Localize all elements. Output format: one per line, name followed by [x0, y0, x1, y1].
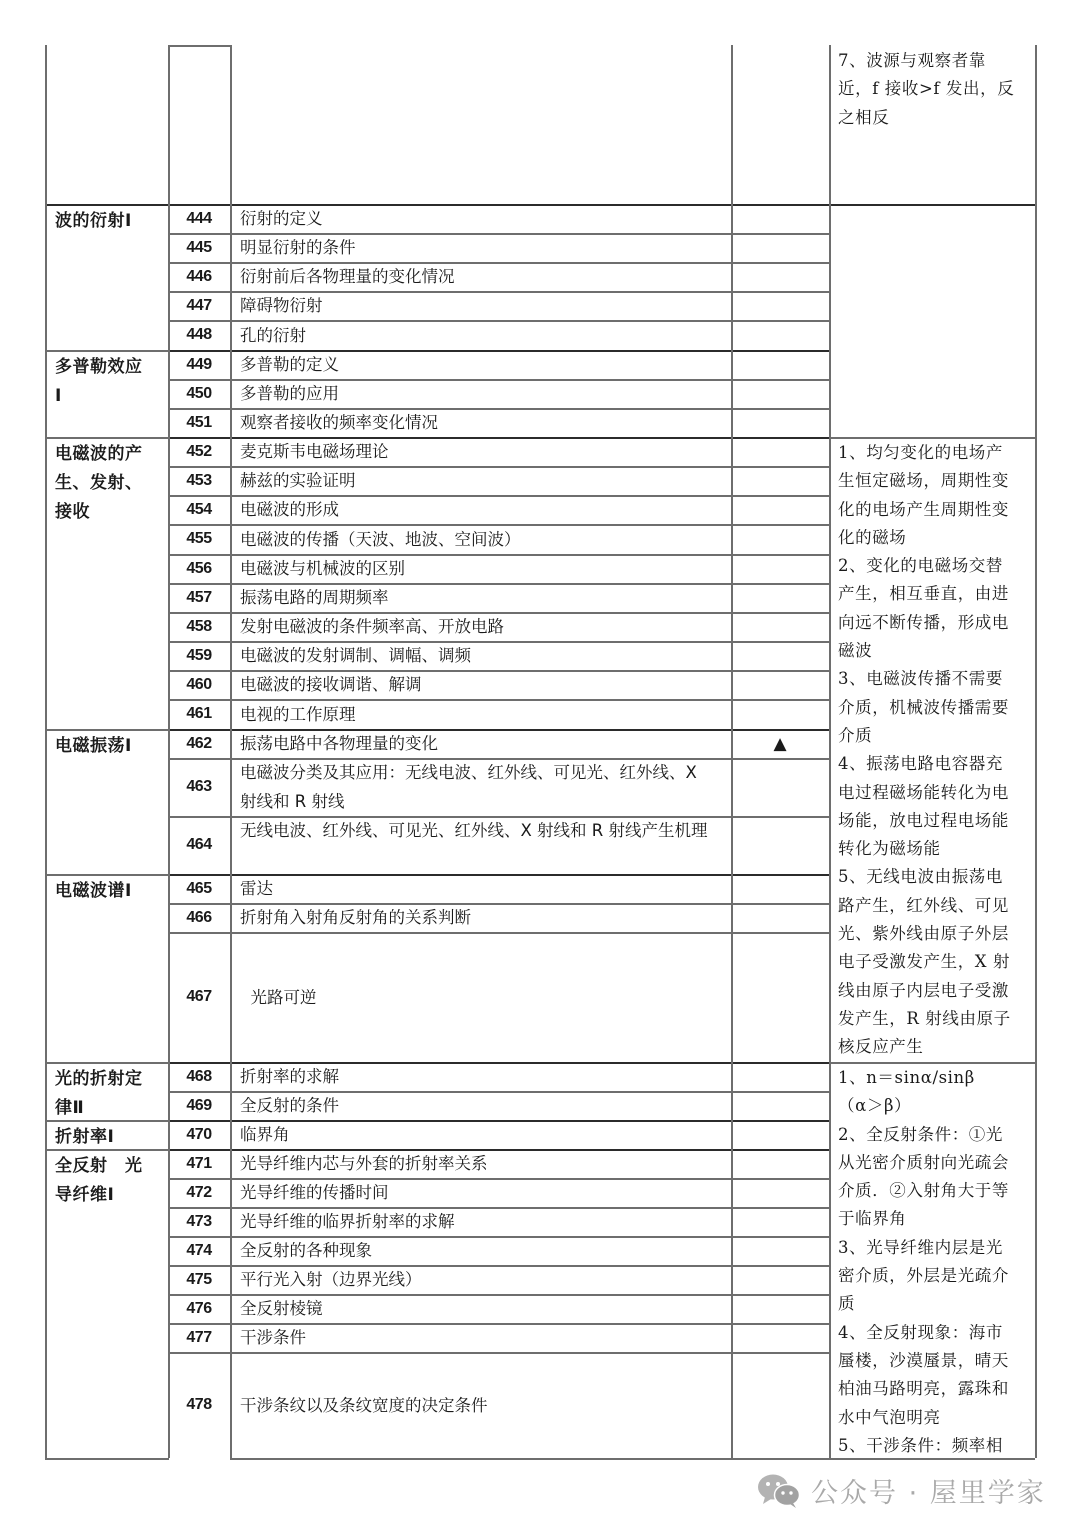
item-content: 光导纤维的临界折射率的求解	[230, 1207, 731, 1236]
grid-line	[168, 699, 829, 701]
requirement-mark	[731, 554, 829, 583]
item-content: 电磁波的发射调制、调幅、调频	[230, 641, 731, 670]
grid-line	[168, 729, 829, 731]
top-num-cell	[168, 45, 230, 204]
top-topic-cell	[45, 45, 168, 204]
item-content: 障碍物衍射	[230, 291, 731, 320]
top-note-doppler: 7、波源与观察者靠 近，f 接收>f 发出，反 之相反	[829, 45, 1035, 204]
item-number: 473	[168, 1207, 230, 1236]
knowledge-table-page: 7、波源与观察者靠 近，f 接收>f 发出，反 之相反 444衍射的定义445明…	[0, 0, 1080, 1526]
grid-line	[230, 45, 232, 1458]
grid-line	[168, 1091, 829, 1093]
grid-line	[829, 1062, 1035, 1064]
item-content: 明显衍射的条件	[230, 233, 731, 262]
item-content: 全反射棱镜	[230, 1294, 731, 1323]
side-note: 1、均匀变化的电场产 生恒定磁场，周期性变 化的电场产生周期性变 化的磁场 2、…	[829, 437, 1035, 1062]
grid-line	[168, 758, 829, 760]
item-content: 发射电磁波的条件频率高、开放电路	[230, 612, 731, 641]
requirement-mark	[731, 641, 829, 670]
item-number: 463	[168, 758, 230, 816]
item-content: 全反射的各种现象	[230, 1236, 731, 1265]
requirement-mark	[731, 1120, 829, 1149]
item-number: 457	[168, 583, 230, 612]
grid-line	[168, 1178, 829, 1180]
item-number: 458	[168, 612, 230, 641]
grid-line	[45, 1458, 169, 1460]
grid-line	[168, 1236, 829, 1238]
item-number: 465	[168, 874, 230, 903]
requirement-mark	[731, 1323, 829, 1352]
grid-line	[168, 1294, 829, 1296]
grid-line	[168, 932, 829, 934]
item-number: 448	[168, 320, 230, 350]
item-number: 451	[168, 408, 230, 437]
requirement-mark	[731, 524, 829, 554]
item-content: 电磁波与机械波的区别	[230, 554, 731, 583]
item-content: 振荡电路的周期频率	[230, 583, 731, 612]
grid-line	[45, 45, 47, 1458]
requirement-mark	[731, 291, 829, 320]
grid-line	[168, 466, 829, 468]
grid-line	[829, 437, 1035, 439]
item-number: 444	[168, 204, 230, 233]
grid-line	[168, 1149, 829, 1151]
item-content: 光导纤维的传播时间	[230, 1178, 731, 1207]
item-content: 平行光入射（边界光线）	[230, 1265, 731, 1294]
item-content: 电磁波的传播（天波、地波、空间波）	[230, 524, 731, 554]
item-content: 电磁波的形成	[230, 495, 731, 524]
watermark: 公众号 · 屋里学家	[757, 1470, 1046, 1510]
requirement-mark	[731, 583, 829, 612]
side-note	[829, 204, 1035, 437]
grid-line	[168, 262, 829, 264]
grid-line	[230, 1458, 1035, 1460]
item-number: 477	[168, 1323, 230, 1352]
grid-line	[168, 379, 829, 381]
requirement-mark	[731, 1265, 829, 1294]
grid-line	[168, 1352, 829, 1354]
topic-label: 全反射 光 导纤维Ⅰ	[45, 1149, 168, 1458]
topic-label: 折射率Ⅰ	[45, 1120, 168, 1149]
item-content: 光导纤维内芯与外套的折射率关系	[230, 1149, 731, 1178]
requirement-mark	[731, 262, 829, 291]
item-number: 462	[168, 729, 230, 758]
item-content: 雷达	[230, 874, 731, 903]
item-number: 449	[168, 350, 230, 379]
item-number: 454	[168, 495, 230, 524]
item-number: 445	[168, 233, 230, 262]
grid-line	[45, 437, 168, 439]
item-content: 衍射的定义	[230, 204, 731, 233]
requirement-mark	[731, 932, 829, 1062]
grid-line	[45, 729, 168, 731]
item-content: 全反射的条件	[230, 1091, 731, 1120]
requirement-mark	[731, 320, 829, 350]
item-content: 无线电波、红外线、可见光、红外线、X 射线和 R 射线产生机理	[230, 816, 731, 874]
grid-line	[168, 641, 829, 643]
grid-line	[731, 45, 733, 1458]
item-content: 衍射前后各物理量的变化情况	[230, 262, 731, 291]
topic-label: 光的折射定 律Ⅱ	[45, 1062, 168, 1120]
grid-line	[45, 204, 1035, 206]
requirement-mark	[731, 204, 829, 233]
grid-line	[168, 1207, 829, 1209]
grid-line	[168, 320, 829, 322]
grid-line	[168, 1265, 829, 1267]
item-number: 456	[168, 554, 230, 583]
item-content: 折射角入射角反射角的关系判断	[230, 903, 731, 932]
item-number: 452	[168, 437, 230, 466]
grid-line	[168, 1323, 829, 1325]
requirement-mark: ▲	[731, 729, 829, 758]
item-number: 450	[168, 379, 230, 408]
grid-line	[168, 437, 829, 439]
grid-line	[168, 408, 829, 410]
item-number: 446	[168, 262, 230, 291]
item-number: 459	[168, 641, 230, 670]
grid-line	[168, 524, 829, 526]
item-content: 麦克斯韦电磁场理论	[230, 437, 731, 466]
requirement-mark	[731, 466, 829, 495]
grid-line	[168, 45, 170, 1458]
item-content: 赫兹的实验证明	[230, 466, 731, 495]
grid-line	[168, 670, 829, 672]
item-content: 临界角	[230, 1120, 731, 1149]
grid-line	[45, 1149, 168, 1151]
topic-label: 电磁波的产 生、发射、 接收	[45, 437, 168, 729]
requirement-mark	[731, 379, 829, 408]
item-content: 振荡电路中各物理量的变化	[230, 729, 731, 758]
requirement-mark	[731, 670, 829, 699]
requirement-mark	[731, 816, 829, 874]
item-content: 电磁波分类及其应用：无线电波、红外线、可见光、红外线、X 射线和 R 射线	[230, 758, 731, 816]
grid-line	[168, 903, 829, 905]
requirement-mark	[731, 1178, 829, 1207]
top-mark-cell	[731, 45, 829, 204]
side-note: 1、n＝sinα/sinβ （α＞β） 2、全反射条件：①光 从光密介质射向光疏…	[829, 1062, 1035, 1458]
item-content: 多普勒的定义	[230, 350, 731, 379]
requirement-mark	[731, 1091, 829, 1120]
topic-label: 电磁振荡Ⅰ	[45, 729, 168, 874]
requirement-mark	[731, 437, 829, 466]
item-number: 464	[168, 816, 230, 874]
requirement-mark	[731, 903, 829, 932]
grid-line	[45, 874, 168, 876]
requirement-mark	[731, 1294, 829, 1323]
requirement-mark	[731, 699, 829, 729]
item-number: 472	[168, 1178, 230, 1207]
item-content: 多普勒的应用	[230, 379, 731, 408]
grid-line	[45, 1062, 168, 1064]
watermark-text: 公众号 · 屋里学家	[811, 1471, 1046, 1510]
item-number: 474	[168, 1236, 230, 1265]
grid-line	[168, 612, 829, 614]
top-content-cell	[230, 45, 731, 204]
requirement-mark	[731, 1062, 829, 1091]
grid-line	[1035, 45, 1037, 1458]
item-number: 447	[168, 291, 230, 320]
item-number: 466	[168, 903, 230, 932]
item-content: 干涉条纹以及条纹宽度的决定条件	[230, 1352, 731, 1458]
grid-line	[829, 45, 831, 1458]
item-number: 461	[168, 699, 230, 729]
requirement-mark	[731, 1236, 829, 1265]
grid-line	[168, 1120, 829, 1122]
grid-line	[45, 350, 168, 352]
grid-line	[168, 554, 829, 556]
wechat-icon	[757, 1473, 801, 1507]
grid-line	[168, 1062, 829, 1064]
item-number: 470	[168, 1120, 230, 1149]
item-number: 467	[168, 932, 230, 1062]
item-number: 469	[168, 1091, 230, 1120]
requirement-mark	[731, 350, 829, 379]
grid-line	[168, 816, 829, 818]
grid-line	[168, 874, 829, 876]
item-content: 干涉条件	[230, 1323, 731, 1352]
grid-line	[168, 291, 829, 293]
item-number: 476	[168, 1294, 230, 1323]
item-number: 478	[168, 1352, 230, 1458]
requirement-mark	[731, 758, 829, 816]
requirement-mark	[731, 612, 829, 641]
item-content: 孔的衍射	[230, 320, 731, 350]
item-number: 475	[168, 1265, 230, 1294]
requirement-mark	[731, 1149, 829, 1178]
requirement-mark	[731, 1207, 829, 1236]
requirement-mark	[731, 1352, 829, 1458]
requirement-mark	[731, 233, 829, 262]
grid-line	[45, 1120, 168, 1122]
requirement-mark	[731, 495, 829, 524]
item-number: 460	[168, 670, 230, 699]
grid-line	[168, 495, 829, 497]
item-number: 455	[168, 524, 230, 554]
requirement-mark	[731, 408, 829, 437]
topic-label: 电磁波谱Ⅰ	[45, 874, 168, 1062]
grid-line	[168, 350, 829, 352]
topic-label: 多普勒效应 Ⅰ	[45, 350, 168, 437]
item-content: 观察者接收的频率变化情况	[230, 408, 731, 437]
requirement-mark	[731, 874, 829, 903]
topic-label: 波的衍射Ⅰ	[45, 204, 168, 350]
item-content: 电磁波的接收调谐、解调	[230, 670, 731, 699]
item-content: 折射率的求解	[230, 1062, 731, 1091]
item-number: 468	[168, 1062, 230, 1091]
item-number: 471	[168, 1149, 230, 1178]
item-content: 电视的工作原理	[230, 699, 731, 729]
item-number: 453	[168, 466, 230, 495]
grid-line	[168, 583, 829, 585]
item-content: 光路可逆	[230, 932, 731, 1062]
grid-line	[168, 233, 829, 235]
